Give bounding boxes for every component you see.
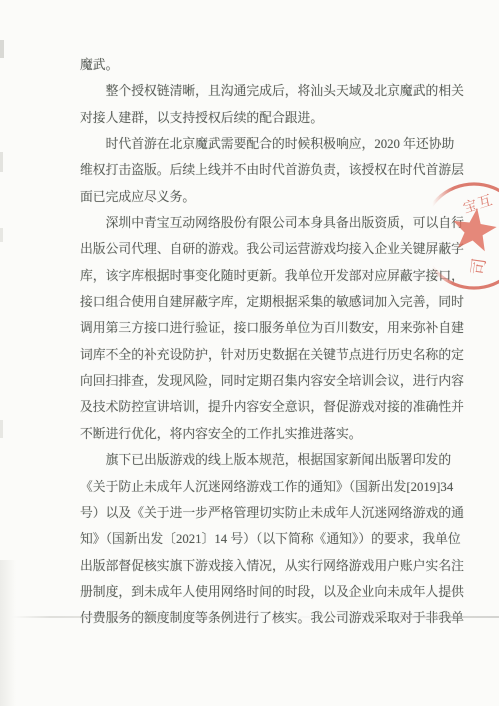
scan-artifact-edge-mark (0, 228, 3, 242)
seal-top-text: 宝互 (461, 192, 495, 217)
text-line: 出版部督促核实旗下游戏接入情况，从实行网络游戏用户账户实名注 (80, 553, 437, 579)
text-line: 号）以及《关于进一步严格管理切实防止未成年人沉迷网络游戏的通 (80, 500, 437, 526)
text-line: 及技术防控宣讲培训，提升内容安全意识，督促游戏对接的准确性并 (80, 394, 437, 420)
text-line: 不断进行优化，将内容安全的工作扎实推进落实。 (80, 421, 437, 447)
text-line: 维权打击盗版。后续上线并不由时代首游负责，该授权在时代首游层 (80, 157, 437, 183)
text-line: 对接人建群，以支持授权后续的配合跟进。 (80, 105, 437, 131)
scan-artifact-edge-mark (0, 40, 4, 58)
text-line: 时代首游在北京魔武需要配合的时候积极响应，2020 年还协助 (80, 131, 437, 157)
scan-artifact-edge-band (0, 560, 16, 706)
text-line: 库，该字库根据时事变化随时更新。我单位开发部对应屏蔽字接口， (80, 263, 437, 289)
text-line: 魔武。 (80, 52, 437, 78)
scan-artifact-edge-mark (0, 152, 3, 172)
text-line: 面已完成应尽义务。 (80, 184, 437, 210)
scan-artifact-edge-mark (0, 420, 3, 438)
text-line: 《关于防止未成年人沉迷网络游戏工作的通知》（国新出发[2019]34 (80, 474, 437, 500)
text-line: 接口组合使用自建屏蔽字库，定期根据采集的敏感词加入完善，同时 (80, 289, 437, 315)
text-line: 出版公司代理、自研的游戏。我公司运营游戏均接入企业关键屏蔽字 (80, 236, 437, 262)
text-line: 向回扫排查，发现风险，同时定期召集内容安全培训会议，进行内容 (80, 368, 437, 394)
document-page: 魔武。整个授权链清晰，且沟通完成后，将汕头天域及北京魔武的相关对接人建群，以支持… (0, 0, 499, 706)
text-line: 旗下已出版游戏的线上版本规范，根据国家新闻出版署印发的 (80, 447, 437, 473)
text-line: 册制度，到未成年人使用网络时间的时段，以及企业向未成年人提供 (80, 579, 437, 605)
text-line: 深圳中青宝互动网络股份有限公司本身具备出版资质，可以自行 (80, 210, 437, 236)
seal-bottom-text: 司 (468, 257, 489, 276)
text-line: 调用第三方接口进行验证，接口服务单位为百川数安，用来弥补自建 (80, 315, 437, 341)
text-line: 词库不全的补充设防护，针对历史数据在关键节点进行历史名称的定 (80, 342, 437, 368)
text-line: 整个授权链清晰，且沟通完成后，将汕头天域及北京魔武的相关 (80, 78, 437, 104)
text-line: 付费服务的额度制度等条例进行了核实。我公司游戏采取对于非我单 (80, 605, 437, 631)
document-body: 魔武。整个授权链清晰，且沟通完成后，将汕头天域及北京魔武的相关对接人建群，以支持… (80, 52, 437, 632)
text-line: 知》（国新出发〔2021〕14 号）（以下简称《通知》）的要求，我单位 (80, 526, 437, 552)
